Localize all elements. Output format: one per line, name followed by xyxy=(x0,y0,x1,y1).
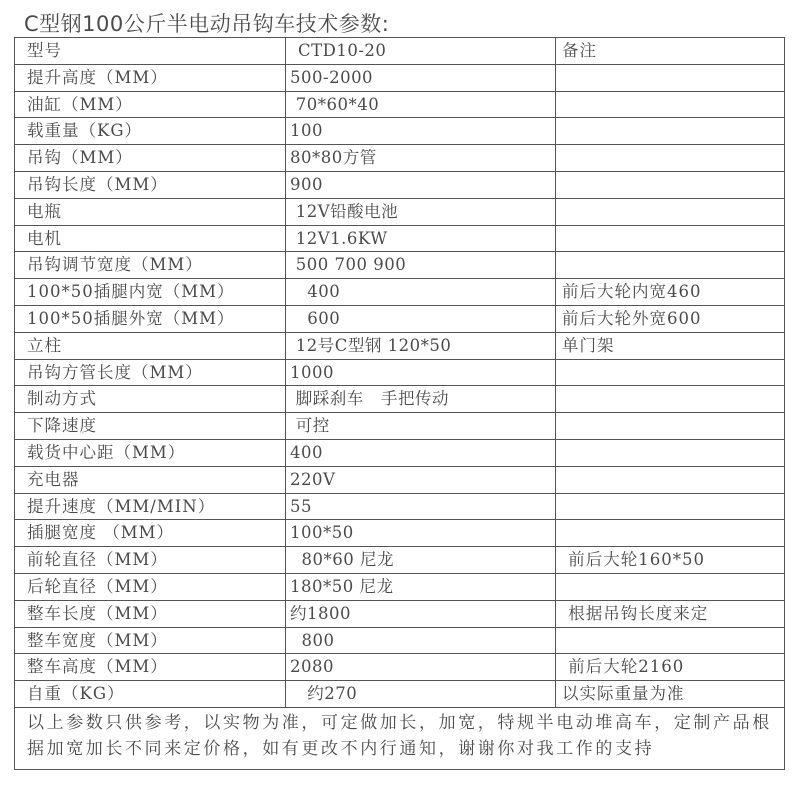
param-value: 12V1.6KW xyxy=(286,226,556,252)
param-value: 800 xyxy=(286,628,556,654)
table-row: 油缸（MM） 70*60*40 xyxy=(15,92,784,119)
param-label: 提升高度（MM） xyxy=(15,65,286,91)
param-remark xyxy=(556,440,782,466)
table-row: 电瓶 12V铅酸电池 xyxy=(15,199,784,226)
param-remark xyxy=(556,145,782,171)
table-body: 提升高度（MM）500-2000油缸（MM） 70*60*40载重量（KG）10… xyxy=(15,65,784,708)
table-row: 整车长度（MM）约1800 根据吊钩长度来定 xyxy=(15,601,784,628)
table-row: 制动方式 脚踩刹车 手把传动 xyxy=(15,386,784,413)
param-value: 900 xyxy=(286,172,556,198)
param-value: 约1800 xyxy=(286,601,556,627)
param-label: 吊钩（MM） xyxy=(15,145,286,171)
param-value: 500 700 900 xyxy=(286,252,556,278)
param-label: 整车长度（MM） xyxy=(15,601,286,627)
param-remark: 前后大轮外宽600 xyxy=(556,306,782,332)
param-remark xyxy=(556,252,782,278)
param-label: 整车高度（MM） xyxy=(15,654,286,680)
param-label: 100*50插腿内宽（MM） xyxy=(15,279,286,305)
param-remark xyxy=(556,413,782,439)
param-remark: 前后大轮2160 xyxy=(556,654,782,680)
param-value: 400 xyxy=(286,440,556,466)
table-header-row: 型号 CTD10-20 备注 xyxy=(15,38,784,65)
param-value: 可控 xyxy=(286,413,556,439)
table-row: 提升速度（MM/MIN）55 xyxy=(15,494,784,521)
param-value: 脚踩刹车 手把传动 xyxy=(286,386,556,412)
header-remarks: 备注 xyxy=(556,38,782,64)
param-remark: 前后大轮160*50 xyxy=(556,547,782,573)
param-label: 下降速度 xyxy=(15,413,286,439)
table-row: 插腿宽度 （MM）100*50 xyxy=(15,520,784,547)
param-value: 180*50 尼龙 xyxy=(286,574,556,600)
table-row: 吊钩调节宽度（MM） 500 700 900 xyxy=(15,252,784,279)
table-row: 吊钩（MM）80*80方管 xyxy=(15,145,784,172)
param-label: 吊钩方管长度（MM） xyxy=(15,360,286,386)
param-label: 提升速度（MM/MIN） xyxy=(15,494,286,520)
param-remark xyxy=(556,520,782,546)
table-row: 提升高度（MM）500-2000 xyxy=(15,65,784,92)
param-remark xyxy=(556,226,782,252)
param-value: 12号C型钢 120*50 xyxy=(286,333,556,359)
param-label: 整车宽度（MM） xyxy=(15,628,286,654)
param-remark xyxy=(556,574,782,600)
param-remark xyxy=(556,92,782,118)
table-row: 自重（KG） 约270以实际重量为准 xyxy=(15,681,784,708)
param-label: 载重量（KG） xyxy=(15,118,286,144)
table-row: 100*50插腿内宽（MM） 400前后大轮内宽460 xyxy=(15,279,784,306)
param-value: 500-2000 xyxy=(286,65,556,91)
param-remark xyxy=(556,467,782,493)
param-label: 100*50插腿外宽（MM） xyxy=(15,306,286,332)
param-value: 100*50 xyxy=(286,520,556,546)
param-value: 55 xyxy=(286,494,556,520)
param-value: 70*60*40 xyxy=(286,92,556,118)
table-row: 前轮直径（MM） 80*60 尼龙 前后大轮160*50 xyxy=(15,547,784,574)
table-row: 载货中心距（MM）400 xyxy=(15,440,784,467)
param-label: 油缸（MM） xyxy=(15,92,286,118)
header-model-label: 型号 xyxy=(15,38,286,64)
param-value: 2080 xyxy=(286,654,556,680)
param-label: 前轮直径（MM） xyxy=(15,547,286,573)
header-model-value: CTD10-20 xyxy=(286,38,556,64)
table-row: 整车宽度（MM） 800 xyxy=(15,628,784,655)
footer-note: 以上参数只供参考，以实物为准，可定做加长，加宽，特规半电动堆高车，定制产品根据加… xyxy=(15,708,784,770)
table-row: 立柱 12号C型钢 120*50单门架 xyxy=(15,333,784,360)
param-value: 400 xyxy=(286,279,556,305)
table-row: 后轮直径（MM）180*50 尼龙 xyxy=(15,574,784,601)
param-value: 600 xyxy=(286,306,556,332)
param-value: 约270 xyxy=(286,681,556,707)
param-remark xyxy=(556,360,782,386)
param-remark: 以实际重量为准 xyxy=(556,681,782,707)
param-remark xyxy=(556,118,782,144)
param-value: 80*80方管 xyxy=(286,145,556,171)
table-row: 100*50插腿外宽（MM） 600前后大轮外宽600 xyxy=(15,306,784,333)
param-label: 立柱 xyxy=(15,333,286,359)
param-value: 80*60 尼龙 xyxy=(286,547,556,573)
param-remark xyxy=(556,172,782,198)
table-row: 吊钩长度（MM）900 xyxy=(15,172,784,199)
table-row: 载重量（KG）100 xyxy=(15,118,784,145)
param-value: 220V xyxy=(286,467,556,493)
param-label: 充电器 xyxy=(15,467,286,493)
spec-table: 型号 CTD10-20 备注 提升高度（MM）500-2000油缸（MM） 70… xyxy=(14,37,785,770)
param-label: 电瓶 xyxy=(15,199,286,225)
param-label: 吊钩调节宽度（MM） xyxy=(15,252,286,278)
param-remark xyxy=(556,199,782,225)
param-value: 100 xyxy=(286,118,556,144)
table-row: 下降速度 可控 xyxy=(15,413,784,440)
param-remark xyxy=(556,65,782,91)
param-label: 载货中心距（MM） xyxy=(15,440,286,466)
param-value: 12V铅酸电池 xyxy=(286,199,556,225)
param-remark xyxy=(556,494,782,520)
table-row: 吊钩方管长度（MM）1000 xyxy=(15,360,784,387)
param-label: 插腿宽度 （MM） xyxy=(15,520,286,546)
param-label: 自重（KG） xyxy=(15,681,286,707)
param-remark: 前后大轮内宽460 xyxy=(556,279,782,305)
param-label: 电机 xyxy=(15,226,286,252)
param-label: 后轮直径（MM） xyxy=(15,574,286,600)
param-remark xyxy=(556,386,782,412)
param-remark: 根据吊钩长度来定 xyxy=(556,601,782,627)
table-row: 电机 12V1.6KW xyxy=(15,226,784,253)
table-row: 充电器220V xyxy=(15,467,784,494)
param-value: 1000 xyxy=(286,360,556,386)
param-label: 吊钩长度（MM） xyxy=(15,172,286,198)
param-remark xyxy=(556,628,782,654)
table-row: 整车高度（MM）2080 前后大轮2160 xyxy=(15,654,784,681)
document-title: C型钢100公斤半电动吊钩车技术参数: xyxy=(24,12,389,36)
param-label: 制动方式 xyxy=(15,386,286,412)
param-remark: 单门架 xyxy=(556,333,782,359)
